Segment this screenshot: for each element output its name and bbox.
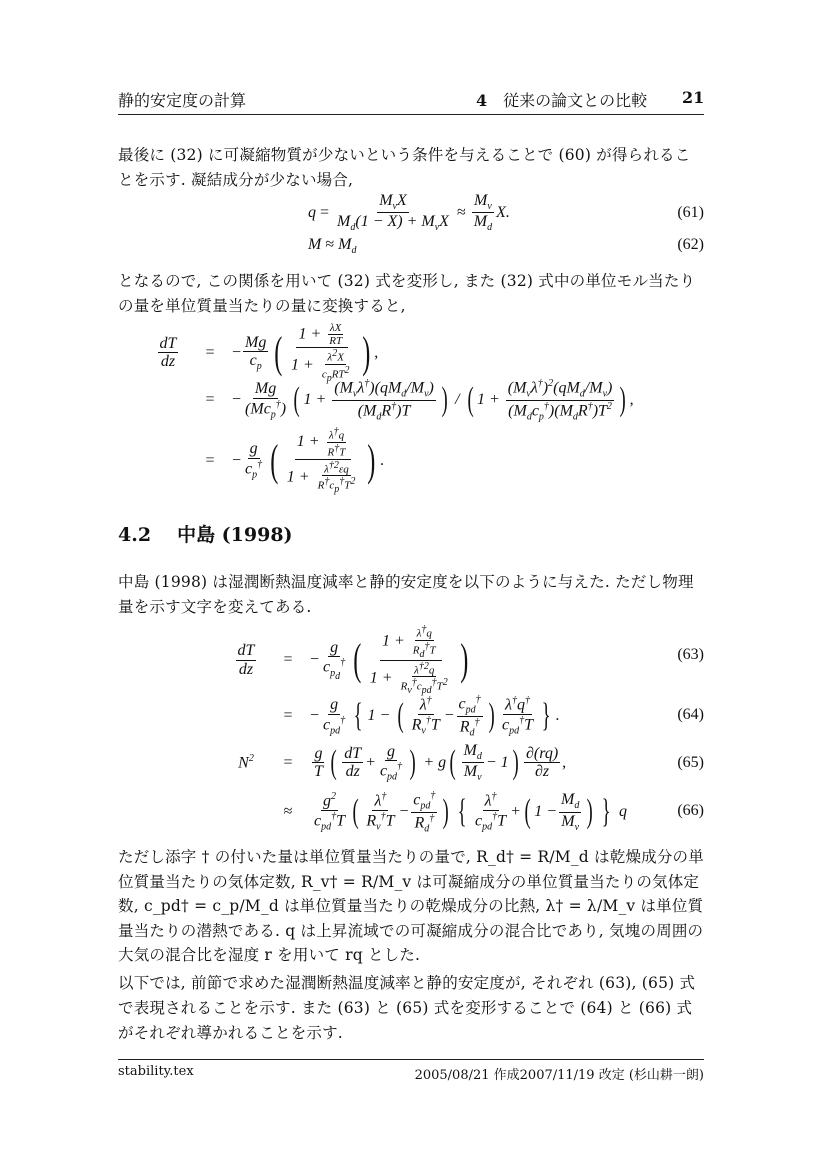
footer-rule (118, 1059, 704, 1060)
equation-number: (64) (677, 706, 704, 724)
section-number: 4 (476, 91, 487, 110)
running-header-title: 静的安定度の計算 (118, 88, 246, 111)
equation-64: = −gcpd† {1 − ( λ†Rv†T − cpd†Rd†) λ†q†cp… (118, 694, 704, 738)
paragraph-5: 以下では, 前節で求めた湿潤断熱温度減率と静的安定度が, それぞれ (63), … (118, 971, 706, 1046)
equation-63: dTdz = −gcpd† ( 1 + λ†qRd†T1 + λ†2qRv†cp… (118, 624, 704, 688)
paragraph-2: となるので, この関係を用いて (32) 式を変形し, また (32) 式中の単… (118, 269, 706, 319)
section-title: 従来の論文との比較 (503, 91, 647, 110)
header-rule (118, 114, 704, 115)
footer-dates: 2005/08/21 作成2007/11/19 改定 (杉山耕一朗) (415, 1064, 704, 1083)
equation-derivation: dTdz = −Mgcp ( 1 + λXRT1 + λ2XcpRT2 ), =… (118, 322, 704, 492)
equation-66: ≈ g2cpd†T (λ†Rv†T − cpd†Rd†) {λ†cpd†T + … (118, 790, 704, 836)
section-heading: 4.2中島 (1998) (118, 520, 293, 547)
equation-number: (63) (677, 646, 704, 664)
footer-filename: stability.tex (118, 1064, 194, 1079)
paragraph-3: 中島 (1998) は湿潤断熱温度減率と静的安定度を以下のように与えた. ただし… (118, 570, 706, 620)
equation-number: (65) (677, 754, 704, 772)
equation-number: (62) (677, 236, 704, 254)
equation-number: (61) (677, 204, 704, 222)
running-header-section: 4従来の論文との比較 (476, 88, 647, 111)
section-heading-number: 4.2 (118, 524, 151, 546)
equation-61: q = MvXMd(1 − X) + MvX ≈ MvMd X. (61) (118, 192, 704, 232)
equation-62: M ≈ Md (62) (118, 236, 704, 258)
paragraph-1: 最後に (32) に可凝縮物質が少ないという条件を与えることで (60) が得ら… (118, 143, 706, 193)
equation-number: (66) (677, 802, 704, 820)
section-heading-title: 中島 (1998) (177, 524, 292, 546)
equation-65: N2 = gT (dTdz + gcpd†) + g(MdMv − 1) ∂(r… (118, 742, 704, 786)
paragraph-4: ただし添字 † の付いた量は単位質量当たりの量で, R_d† = R/M_d は… (118, 845, 706, 968)
page-number: 21 (682, 88, 704, 107)
